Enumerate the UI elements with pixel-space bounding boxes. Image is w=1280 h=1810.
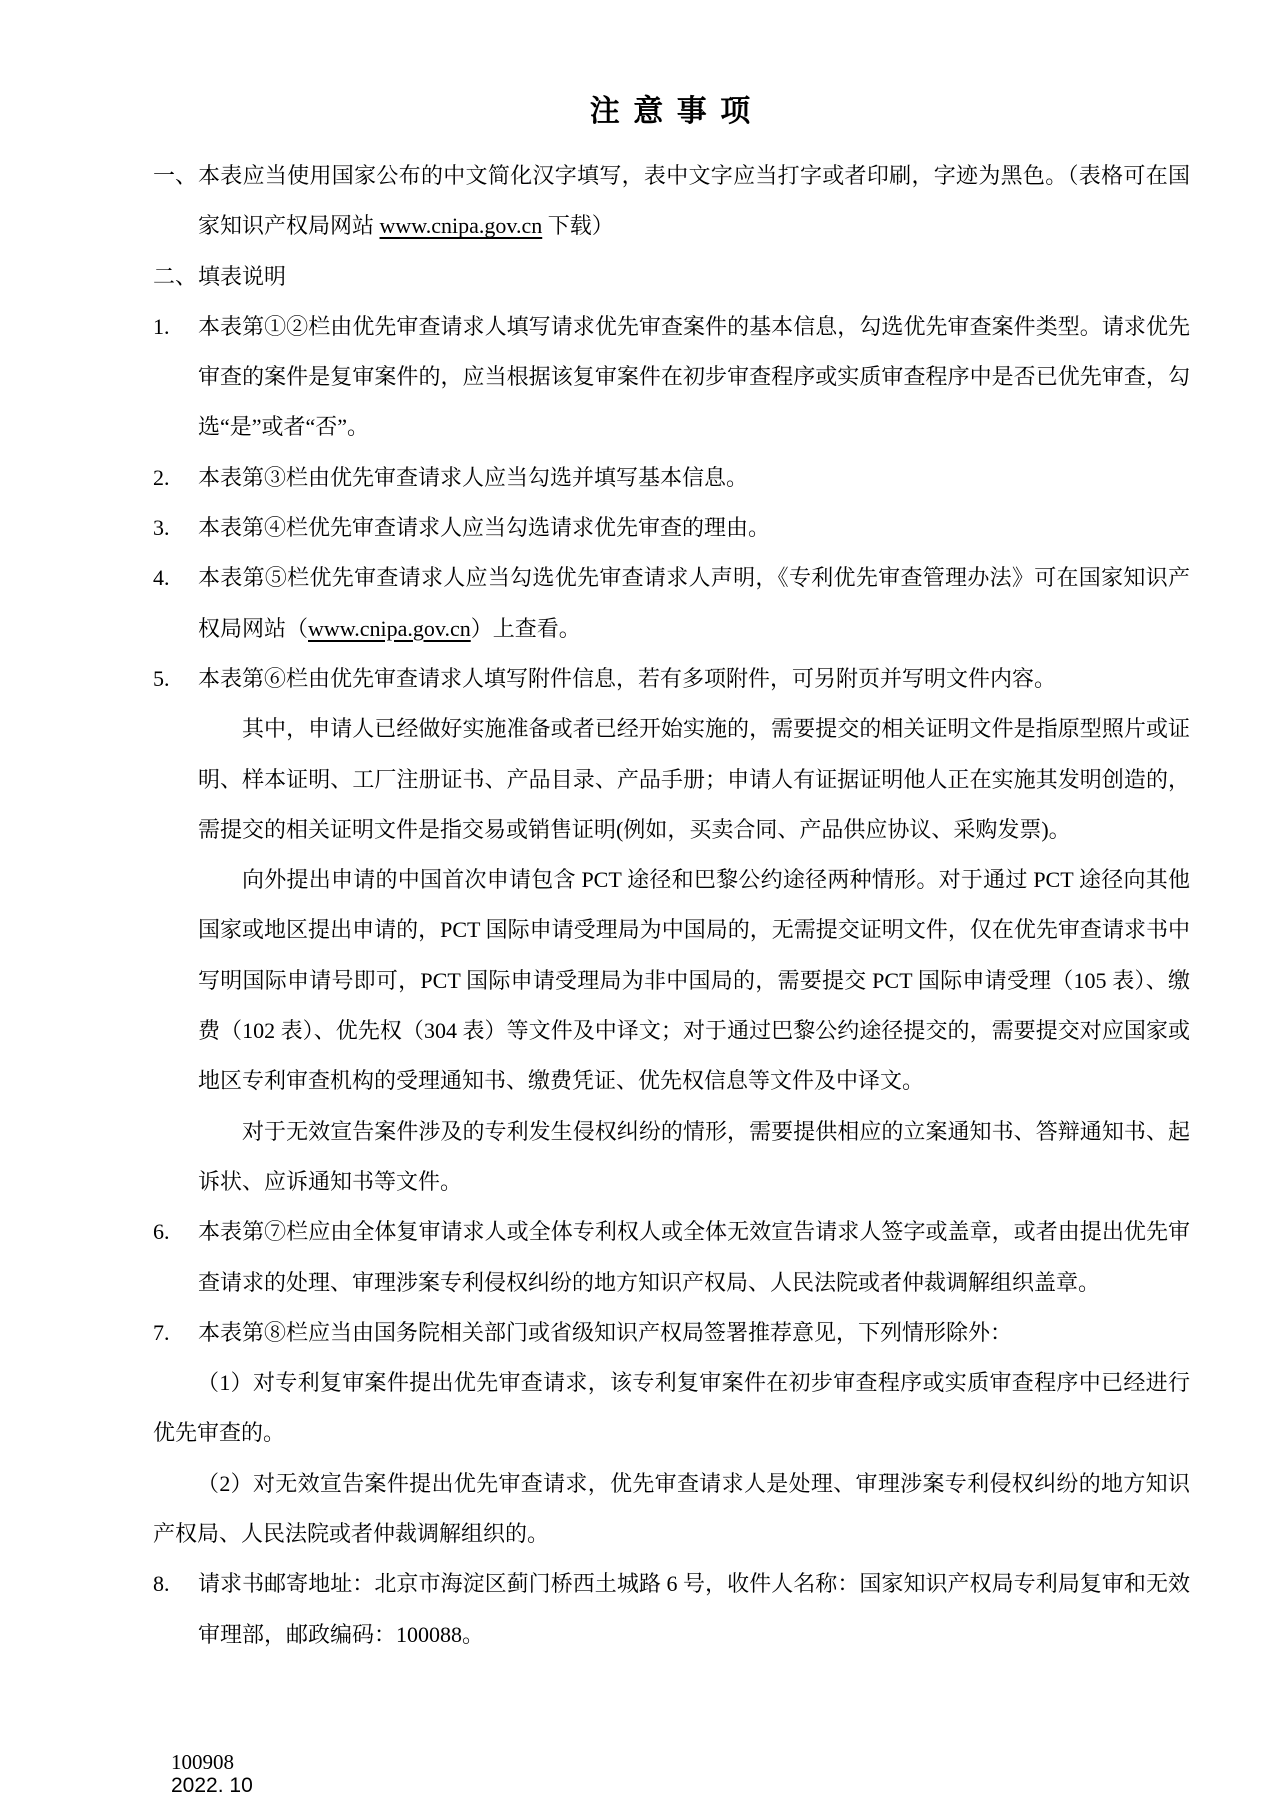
exception-paragraph: （2）对无效宣告案件提出优先审查请求，优先审查请求人是处理、审理涉案专利侵权纠纷… xyxy=(153,1459,1190,1560)
item-number: 1. xyxy=(153,302,170,352)
list-item: 5.本表第⑥栏由优先审查请求人填写附件信息，若有多项附件，可另附页并写明文件内容… xyxy=(153,654,1190,704)
item-number: 一、 xyxy=(153,151,197,201)
list-item: 7.本表第⑧栏应当由国务院相关部门或省级知识产权局签署推荐意见，下列情形除外： xyxy=(153,1308,1190,1358)
page-title: 注 意 事 项 xyxy=(153,85,1190,139)
item-text: 本表第⑦栏应由全体复审请求人或全体专利权人或全体无效宣告请求人签字或盖章，或者由… xyxy=(198,1219,1190,1294)
explanation-paragraph: 其中，申请人已经做好实施准备或者已经开始实施的，需要提交的相关证明文件是指原型照… xyxy=(198,704,1190,855)
paragraph-text: （1）对专利复审案件提出优先审查请求，该专利复审案件在初步审查程序或实质审查程序… xyxy=(153,1370,1190,1445)
item-number: 4. xyxy=(153,553,170,603)
url-text: www.cnipa.gov.cn xyxy=(380,213,543,238)
item-text: ）上查看。 xyxy=(471,616,581,641)
list-item: 6.本表第⑦栏应由全体复审请求人或全体专利权人或全体无效宣告请求人签字或盖章，或… xyxy=(153,1207,1190,1308)
item-number: 8. xyxy=(153,1559,170,1609)
item-text: 本表应当使用国家公布的中文简化汉字填写，表中文字应当打字或者印刷，字迹为黑色。（… xyxy=(198,163,1190,238)
item-text: 填表说明 xyxy=(198,264,286,289)
item-number: 3. xyxy=(153,503,170,553)
item-text: 本表第⑧栏应当由国务院相关部门或省级知识产权局签署推荐意见，下列情形除外： xyxy=(198,1320,1012,1345)
item-text: 下载） xyxy=(542,213,614,238)
list-item: 4.本表第⑤栏优先审查请求人应当勾选优先审查请求人声明，《专利优先审查管理办法》… xyxy=(153,553,1190,654)
paragraph-text: 其中，申请人已经做好实施准备或者已经开始实施的，需要提交的相关证明文件是指原型照… xyxy=(198,716,1190,842)
list-item: 一、本表应当使用国家公布的中文简化汉字填写，表中文字应当打字或者印刷，字迹为黑色… xyxy=(153,151,1190,252)
item-number: 7. xyxy=(153,1308,170,1358)
exception-paragraph: （1）对专利复审案件提出优先审查请求，该专利复审案件在初步审查程序或实质审查程序… xyxy=(153,1358,1190,1459)
paragraph-text: 向外提出申请的中国首次申请包含 PCT 途径和巴黎公约途径两种情形。对于通过 P… xyxy=(198,867,1190,1093)
item-text: 请求书邮寄地址：北京市海淀区蓟门桥西土城路 6 号，收件人名称：国家知识产权局专… xyxy=(198,1571,1190,1646)
item-number: 2. xyxy=(153,453,170,503)
explanation-paragraph: 向外提出申请的中国首次申请包含 PCT 途径和巴黎公约途径两种情形。对于通过 P… xyxy=(198,855,1190,1106)
item-number: 5. xyxy=(153,654,170,704)
form-version: 2022. 10 xyxy=(171,1774,253,1798)
paragraph-text: 对于无效宣告案件涉及的专利发生侵权纠纷的情形，需要提供相应的立案通知书、答辩通知… xyxy=(198,1119,1190,1194)
document-page: 注 意 事 项 一、本表应当使用国家公布的中文简化汉字填写，表中文字应当打字或者… xyxy=(0,0,1280,1810)
item-number: 6. xyxy=(153,1207,170,1257)
notice-document: 注 意 事 项 一、本表应当使用国家公布的中文简化汉字填写，表中文字应当打字或者… xyxy=(153,85,1190,1660)
item-text: 本表第④栏优先审查请求人应当勾选请求优先审查的理由。 xyxy=(198,515,770,540)
item-text: 本表第③栏由优先审查请求人应当勾选并填写基本信息。 xyxy=(198,465,748,490)
list-item: 2.本表第③栏由优先审查请求人应当勾选并填写基本信息。 xyxy=(153,453,1190,503)
item-text: 本表第⑥栏由优先审查请求人填写附件信息，若有多项附件，可另附页并写明文件内容。 xyxy=(198,666,1056,691)
paragraph-text: （2）对无效宣告案件提出优先审查请求，优先审查请求人是处理、审理涉案专利侵权纠纷… xyxy=(153,1471,1190,1546)
url-text: www.cnipa.gov.cn xyxy=(308,616,471,641)
explanation-paragraph: 对于无效宣告案件涉及的专利发生侵权纠纷的情形，需要提供相应的立案通知书、答辩通知… xyxy=(198,1107,1190,1208)
form-code: 100908 xyxy=(171,1750,253,1774)
list-item: 1.本表第①②栏由优先审查请求人填写请求优先审查案件的基本信息，勾选优先审查案件… xyxy=(153,302,1190,453)
list-item: 8.请求书邮寄地址：北京市海淀区蓟门桥西土城路 6 号，收件人名称：国家知识产权… xyxy=(153,1559,1190,1660)
item-text: 本表第①②栏由优先审查请求人填写请求优先审查案件的基本信息，勾选优先审查案件类型… xyxy=(198,314,1190,440)
list-item: 3.本表第④栏优先审查请求人应当勾选请求优先审查的理由。 xyxy=(153,503,1190,553)
item-number: 二、 xyxy=(153,252,197,302)
page-footer: 100908 2022. 10 xyxy=(171,1750,253,1798)
list-item: 二、填表说明 xyxy=(153,252,1190,302)
